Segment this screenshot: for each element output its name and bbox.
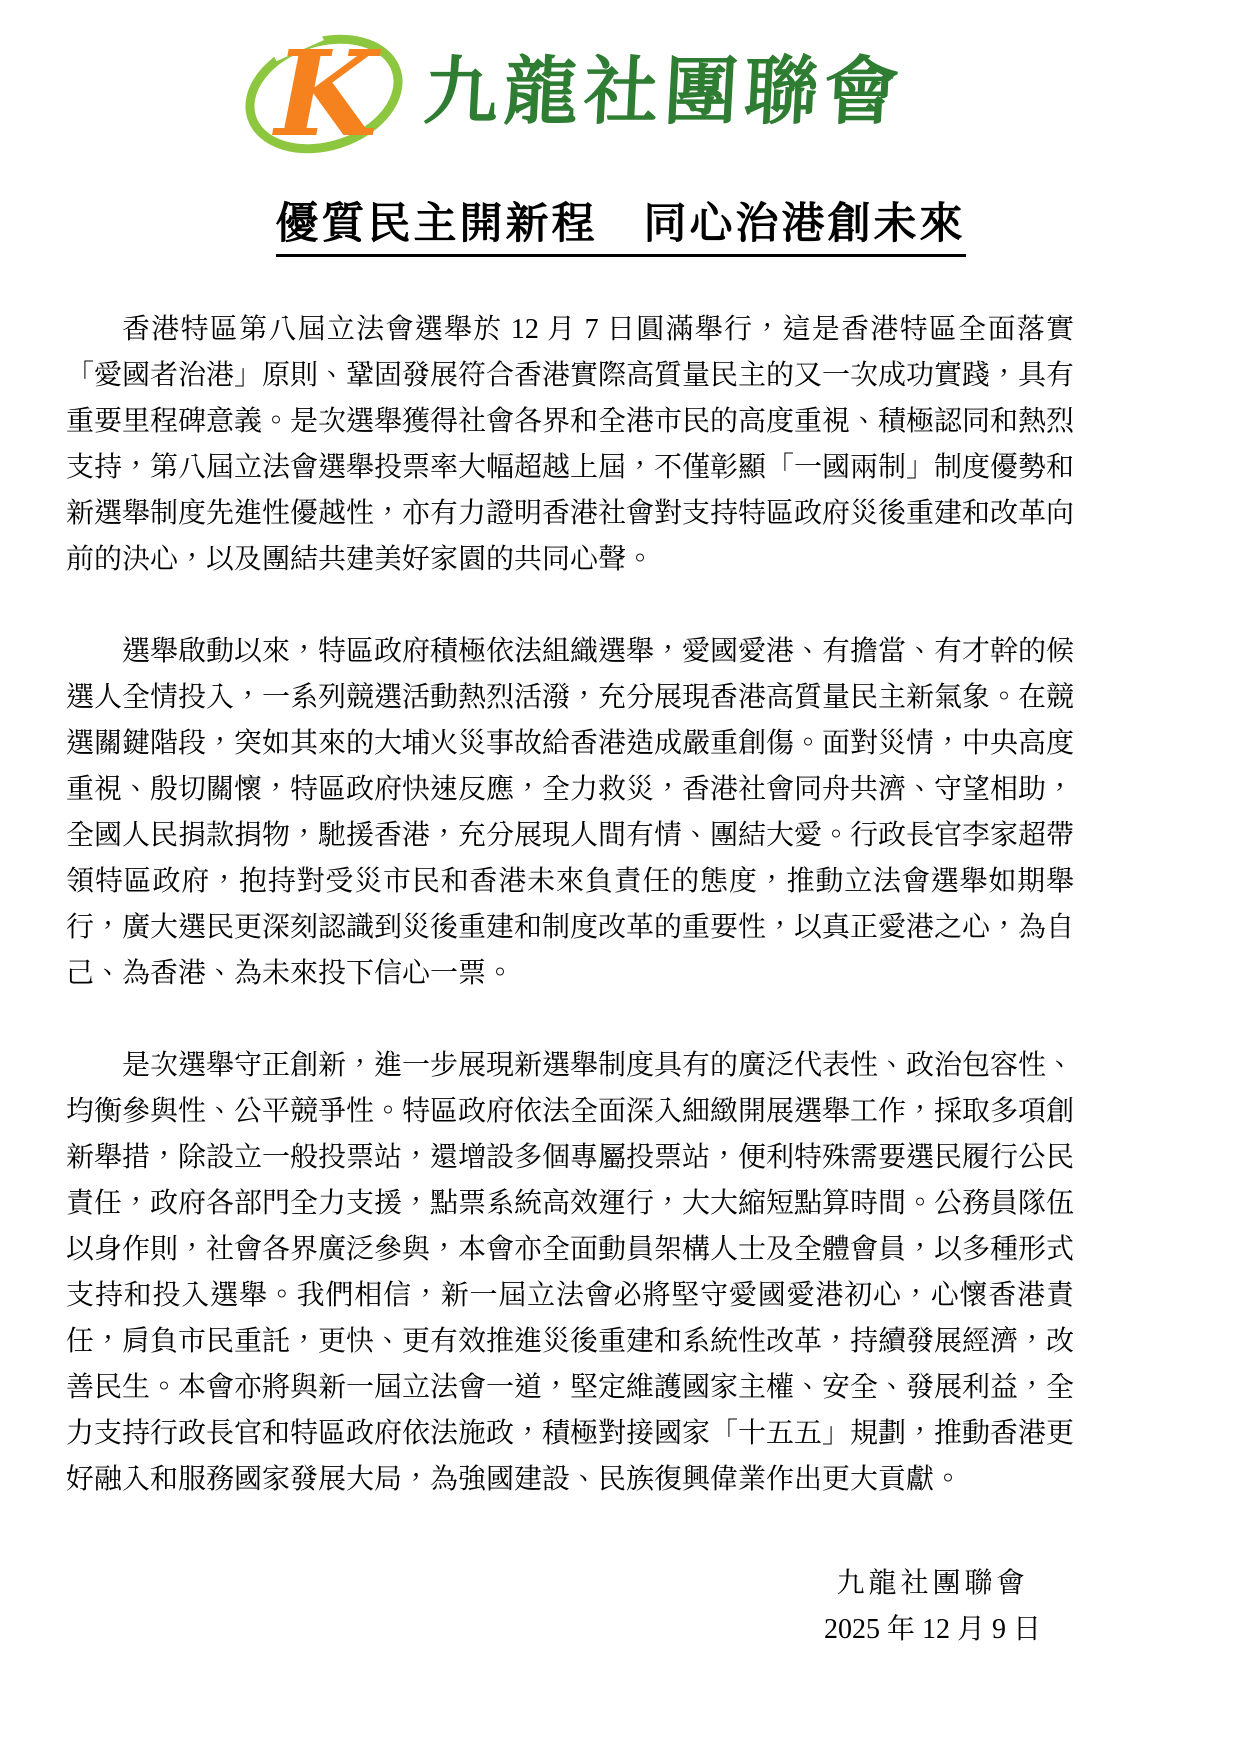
paragraph: 選舉啟動以來，特區政府積極依法組織選舉，愛國愛港、有擔當、有才幹的候選人全情投入… <box>66 629 1074 997</box>
page-title: 優質民主開新程 同心治港創未來 <box>0 200 1241 257</box>
signature-inner: 九龍社團聯會 2025 年 12 月 9 日 <box>824 1561 1041 1653</box>
signature-date: 2025 年 12 月 9 日 <box>824 1607 1041 1653</box>
document-page: K 九龍社團聯會 優質民主開新程 同心治港創未來 香港特區第八屆立法會選舉於 1… <box>0 0 1241 1754</box>
signature-block: 九龍社團聯會 2025 年 12 月 9 日 <box>0 1561 1241 1653</box>
document-body: 香港特區第八屆立法會選舉於 12 月 7 日圓滿舉行，這是香港特區全面落實「愛國… <box>66 307 1074 1503</box>
org-logo-k-icon: K <box>238 26 410 160</box>
org-logo-name: 九龍社團聯會 <box>422 56 906 130</box>
logo-k-letter: K <box>272 26 382 160</box>
org-logo: K 九龍社團聯會 <box>238 26 1241 160</box>
paragraph: 是次選舉守正創新，進一步展現新選舉制度具有的廣泛代表性、政治包容性、均衡參與性、… <box>66 1043 1074 1503</box>
signature-org: 九龍社團聯會 <box>824 1561 1041 1607</box>
paragraph: 香港特區第八屆立法會選舉於 12 月 7 日圓滿舉行，這是香港特區全面落實「愛國… <box>66 307 1074 583</box>
page-title-text: 優質民主開新程 同心治港創未來 <box>276 200 966 257</box>
